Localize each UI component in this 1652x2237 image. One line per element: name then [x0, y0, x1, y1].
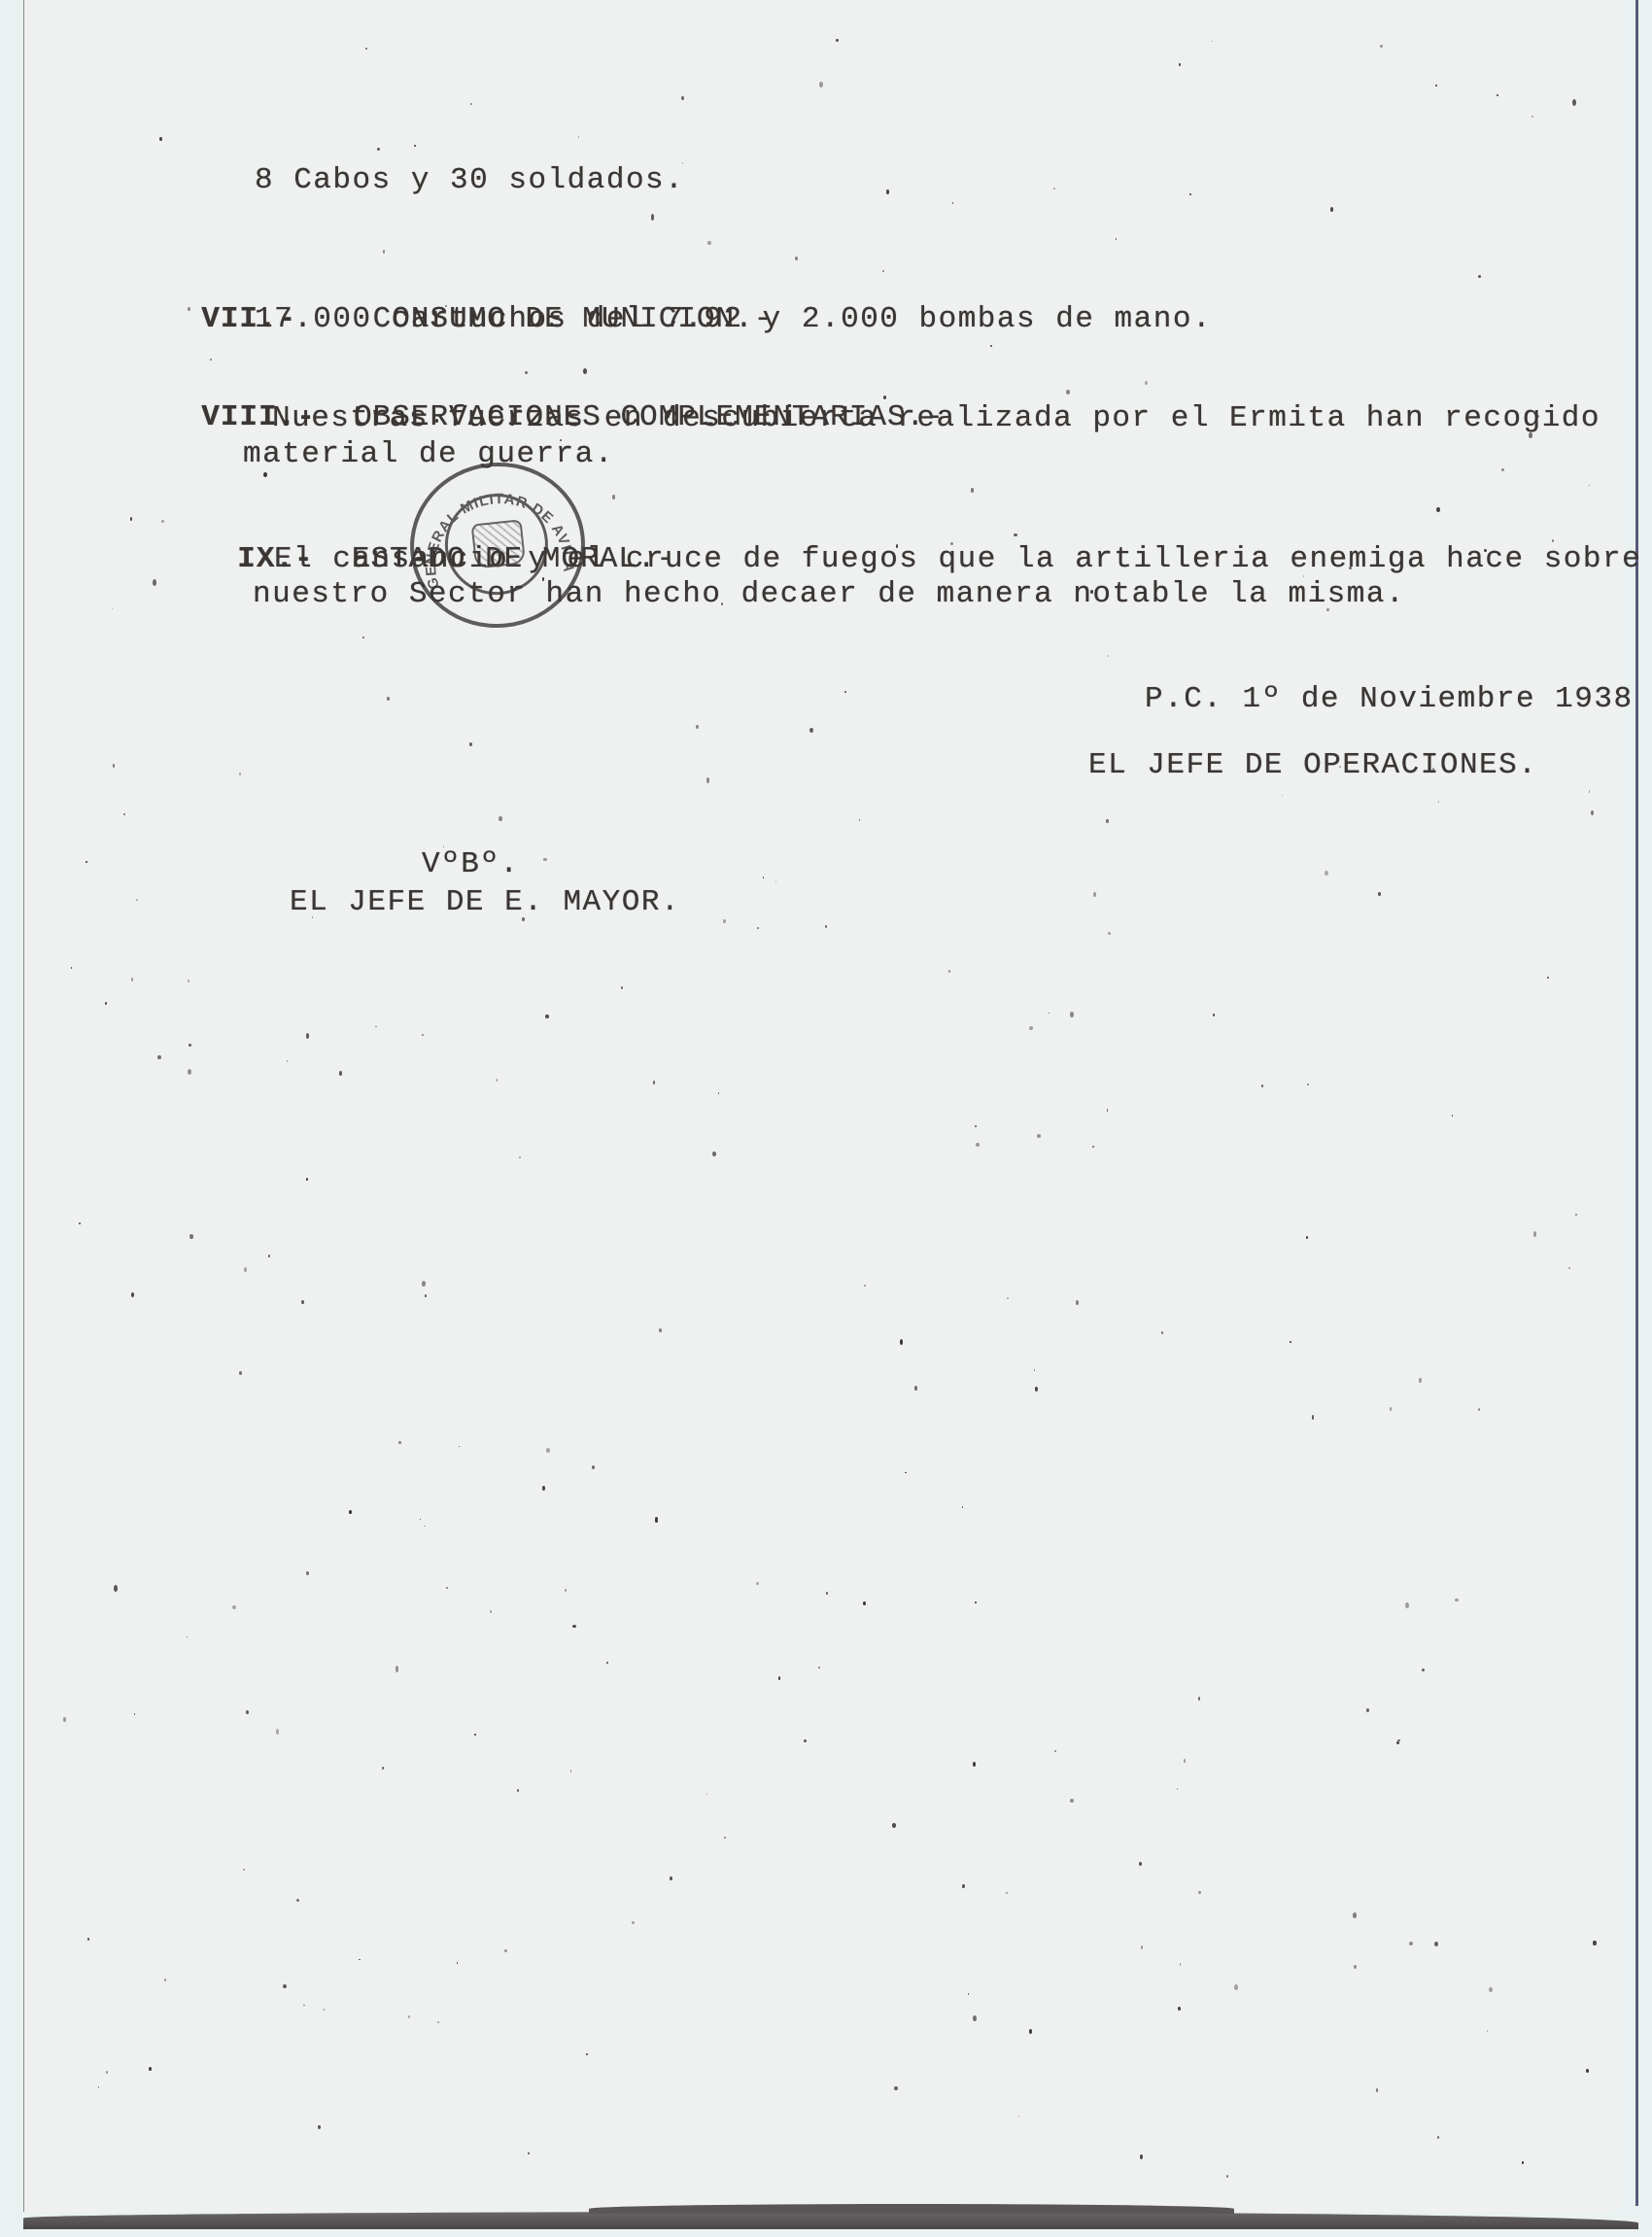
noise-speck: [1380, 45, 1382, 49]
noise-speck: [424, 1526, 425, 1527]
noise-speck: [149, 2067, 152, 2071]
noise-speck: [159, 137, 162, 141]
noise-speck: [962, 1884, 964, 1888]
noise-speck: [612, 495, 616, 499]
noise-speck: [1436, 507, 1440, 512]
noise-speck: [1532, 116, 1532, 118]
noise-speck: [718, 1092, 720, 1093]
noise-speck: [287, 1060, 288, 1062]
noise-speck: [1353, 1912, 1357, 1918]
noise-speck: [1349, 567, 1353, 569]
noise-speck: [276, 1729, 280, 1735]
place-date: P.C. 1º de Noviembre 1938: [1145, 682, 1634, 717]
noise-speck: [263, 472, 267, 477]
noise-speck: [1536, 415, 1539, 418]
noise-speck: [756, 1582, 759, 1585]
noise-speck: [670, 1876, 671, 1880]
signatory-right: EL JEFE DE OPERACIONES.: [1088, 748, 1537, 783]
noise-speck: [1409, 1942, 1413, 1945]
noise-speck: [136, 899, 138, 901]
noise-speck: [826, 1592, 828, 1595]
noise-speck: [1006, 1892, 1008, 1894]
noise-speck: [1489, 1987, 1492, 1992]
noise-speck: [819, 82, 823, 88]
noise-speck: [1533, 1231, 1536, 1237]
noise-speck: [243, 1869, 245, 1871]
paper-right-edge: [1635, 0, 1638, 2206]
noise-speck: [1198, 1891, 1201, 1894]
noise-speck: [1497, 94, 1497, 96]
noise-speck: [398, 1441, 401, 1444]
noise-speck: [583, 368, 587, 374]
noise-speck: [809, 728, 813, 733]
noise-speck: [387, 697, 390, 702]
noise-speck: [528, 2152, 530, 2154]
noise-speck: [420, 1519, 421, 1520]
noise-speck: [1326, 608, 1328, 611]
noise-speck: [164, 1979, 166, 1981]
noise-speck: [157, 1055, 161, 1059]
official-stamp: GENERAL MILITAR DE AVILA - NO: [402, 454, 594, 637]
noise-speck: [543, 858, 546, 862]
noise-speck: [905, 1472, 907, 1473]
noise-speck: [1070, 1799, 1074, 1803]
noise-speck: [1035, 1387, 1038, 1392]
noise-speck: [696, 725, 698, 728]
noise-speck: [757, 927, 759, 929]
noise-speck: [1397, 1739, 1400, 1741]
noise-speck: [1053, 188, 1054, 189]
noise-speck: [1161, 1331, 1163, 1334]
noise-speck: [1586, 2069, 1590, 2073]
signatory-left: EL JEFE DE E. MAYOR.: [290, 885, 680, 920]
intro-line: 8 Cabos y 30 soldados.: [255, 163, 684, 198]
noise-speck: [408, 2015, 410, 2017]
noise-speck: [592, 1465, 595, 1469]
noise-speck: [653, 1081, 655, 1084]
noise-speck: [1529, 432, 1532, 438]
noise-speck: [268, 1255, 269, 1257]
noise-speck: [1437, 2136, 1439, 2139]
noise-speck: [681, 96, 684, 100]
noise-speck: [296, 1899, 299, 1902]
noise-speck: [377, 148, 380, 151]
noise-speck: [682, 162, 683, 164]
section-vii-body-line-1: 17.000 cartuchos del 7.92 y 2.000 bombas…: [255, 302, 1212, 337]
noise-speck: [1435, 85, 1437, 86]
noise-speck: [973, 2015, 977, 2021]
noise-speck: [586, 2053, 587, 2055]
noise-speck: [1405, 1602, 1409, 1608]
noise-speck: [153, 579, 156, 586]
noise-speck: [1522, 2161, 1524, 2163]
noise-speck: [422, 1034, 424, 1036]
noise-speck: [542, 1486, 545, 1491]
noise-speck: [189, 1234, 193, 1238]
noise-speck: [522, 917, 525, 921]
noise-speck: [446, 1587, 447, 1588]
noise-speck: [1037, 1134, 1041, 1138]
noise-speck: [383, 250, 385, 254]
noise-speck: [1306, 1236, 1308, 1239]
noise-speck: [1354, 1965, 1357, 1969]
noise-speck: [892, 1823, 896, 1828]
noise-speck: [1108, 655, 1109, 657]
noise-speck: [1014, 533, 1017, 536]
noise-speck: [940, 411, 943, 413]
noise-speck: [1422, 1669, 1425, 1671]
coat-of-arms-icon: [471, 519, 527, 568]
noise-speck: [721, 602, 723, 605]
noise-speck: [1034, 1369, 1035, 1371]
noise-speck: [445, 305, 447, 308]
scan-bottom-edge: [23, 2212, 1638, 2229]
noise-speck: [504, 1949, 507, 1952]
noise-speck: [130, 517, 132, 521]
noise-speck: [1029, 1026, 1033, 1030]
noise-speck: [422, 1281, 426, 1287]
noise-speck: [1572, 99, 1576, 105]
noise-speck: [546, 1448, 550, 1452]
noise-speck: [1593, 1941, 1596, 1946]
noise-speck: [113, 764, 115, 768]
noise-speck: [189, 1044, 191, 1047]
approval-mark: VºBº.: [422, 847, 520, 882]
noise-speck: [976, 1143, 979, 1146]
noise-speck: [188, 980, 189, 981]
noise-speck: [301, 1300, 304, 1305]
noise-speck: [71, 967, 72, 969]
noise-speck: [161, 520, 164, 523]
noise-speck: [859, 819, 861, 821]
noise-speck: [883, 396, 886, 399]
noise-speck: [1330, 207, 1333, 212]
noise-speck: [306, 1571, 309, 1576]
noise-speck: [1282, 795, 1283, 796]
noise-speck: [606, 1662, 608, 1664]
noise-speck: [1184, 1759, 1186, 1763]
noise-speck: [971, 488, 974, 492]
noise-speck: [1378, 892, 1381, 896]
noise-speck: [239, 1371, 242, 1374]
noise-speck: [1141, 1945, 1144, 1949]
noise-speck: [474, 1734, 476, 1736]
noise-speck: [339, 1071, 342, 1076]
noise-speck: [87, 1938, 89, 1940]
noise-speck: [836, 39, 839, 41]
noise-speck: [1419, 1378, 1422, 1383]
noise-speck: [621, 986, 623, 989]
noise-speck: [414, 145, 416, 147]
noise-speck: [306, 1033, 309, 1039]
noise-speck: [1198, 1697, 1201, 1701]
noise-speck: [990, 345, 992, 347]
noise-speck: [470, 103, 472, 105]
noise-speck: [938, 597, 941, 601]
noise-speck: [1325, 871, 1327, 876]
noise-speck: [187, 1636, 188, 1637]
noise-speck: [509, 556, 511, 559]
noise-speck: [545, 1015, 549, 1019]
noise-speck: [382, 1767, 384, 1770]
noise-speck: [1076, 1300, 1079, 1305]
noise-speck: [131, 978, 133, 981]
noise-speck: [804, 1739, 807, 1742]
noise-speck: [1589, 485, 1590, 486]
noise-speck: [425, 1294, 427, 1297]
noise-speck: [565, 1589, 567, 1592]
noise-speck: [123, 813, 125, 815]
noise-speck: [886, 189, 890, 194]
noise-speck: [396, 1666, 399, 1671]
noise-speck: [105, 1002, 107, 1005]
noise-speck: [114, 1585, 118, 1592]
noise-speck: [1092, 1146, 1094, 1148]
section-viii-body-line-1: Nuestras fuerzas en descubierta realizad…: [272, 401, 1600, 436]
noise-speck: [655, 1517, 658, 1522]
noise-speck: [1070, 1012, 1074, 1017]
noise-speck: [968, 1993, 969, 1995]
noise-speck: [239, 773, 241, 775]
noise-speck: [86, 861, 87, 863]
noise-speck: [499, 816, 501, 821]
noise-speck: [210, 359, 211, 361]
noise-speck: [134, 1713, 135, 1715]
noise-speck: [1575, 1214, 1577, 1216]
noise-speck: [1189, 193, 1191, 195]
noise-speck: [188, 1069, 191, 1075]
